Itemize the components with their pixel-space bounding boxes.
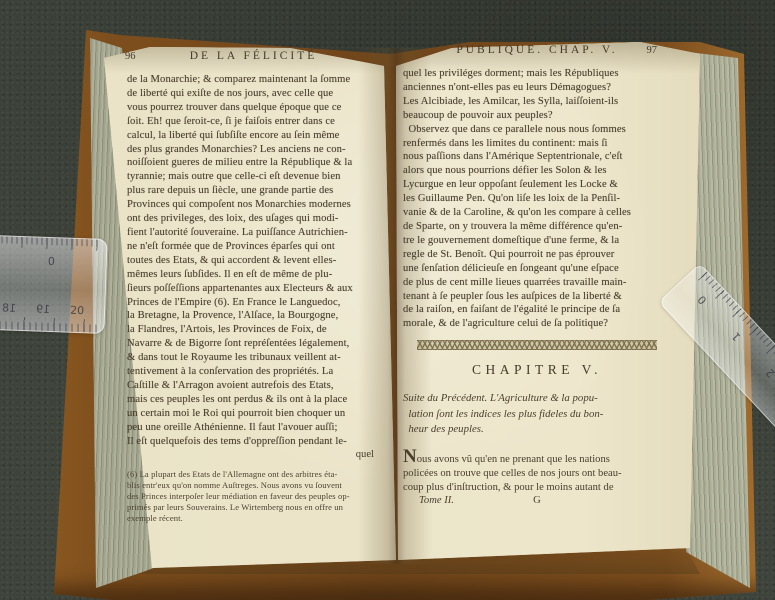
transparent-ruler-left: 0 18 19 20 (0, 235, 108, 334)
ruler-ticks (0, 236, 101, 251)
ruler-label: 0 (695, 293, 709, 307)
signature-mark: G (403, 495, 671, 506)
ruler-label: 0 (48, 254, 55, 267)
chapter-summary: Suite du Précédent. L'Agriculture & la p… (403, 391, 671, 438)
ruler-label: 20 (70, 304, 84, 317)
left-catchword: quel (127, 449, 380, 460)
left-footnote: (6) La plupart des Etats de l'Allemagne … (127, 469, 380, 524)
ruler-label: 19 (36, 303, 50, 316)
chapter-opening-text: Nous avons vû qu'en ne prenant que les n… (403, 450, 671, 495)
signature-row: Tome II. G (403, 495, 671, 510)
right-page-content: PUBLIQUE. CHAP. V. 97 quel les privilége… (403, 44, 671, 510)
right-page-number: 97 (647, 45, 658, 56)
left-running-head: 96 DE LA FÉLICITÉ (127, 50, 380, 66)
ruler-label: 1 (729, 329, 743, 343)
right-running-title: PUBLIQUE. CHAP. V. (403, 44, 671, 56)
right-body-text: quel les priviléges dorment; mais les Ré… (403, 67, 671, 331)
left-body-text: de la Monarchie; & comparez maintenant l… (127, 73, 380, 448)
photo-scene: 96 DE LA FÉLICITÉ de la Monarchie; & com… (0, 0, 775, 600)
chapter-heading: CHAPITRE V. (403, 362, 671, 378)
ruler-label: 18 (2, 301, 16, 314)
left-running-title: DE LA FÉLICITÉ (127, 50, 380, 62)
ruler-ticks (0, 316, 98, 333)
ornament-divider (417, 340, 657, 350)
ruler-label: 2 (763, 366, 775, 380)
right-running-head: PUBLIQUE. CHAP. V. 97 (403, 44, 671, 60)
left-page-content: 96 DE LA FÉLICITÉ de la Monarchie; & com… (127, 50, 380, 524)
